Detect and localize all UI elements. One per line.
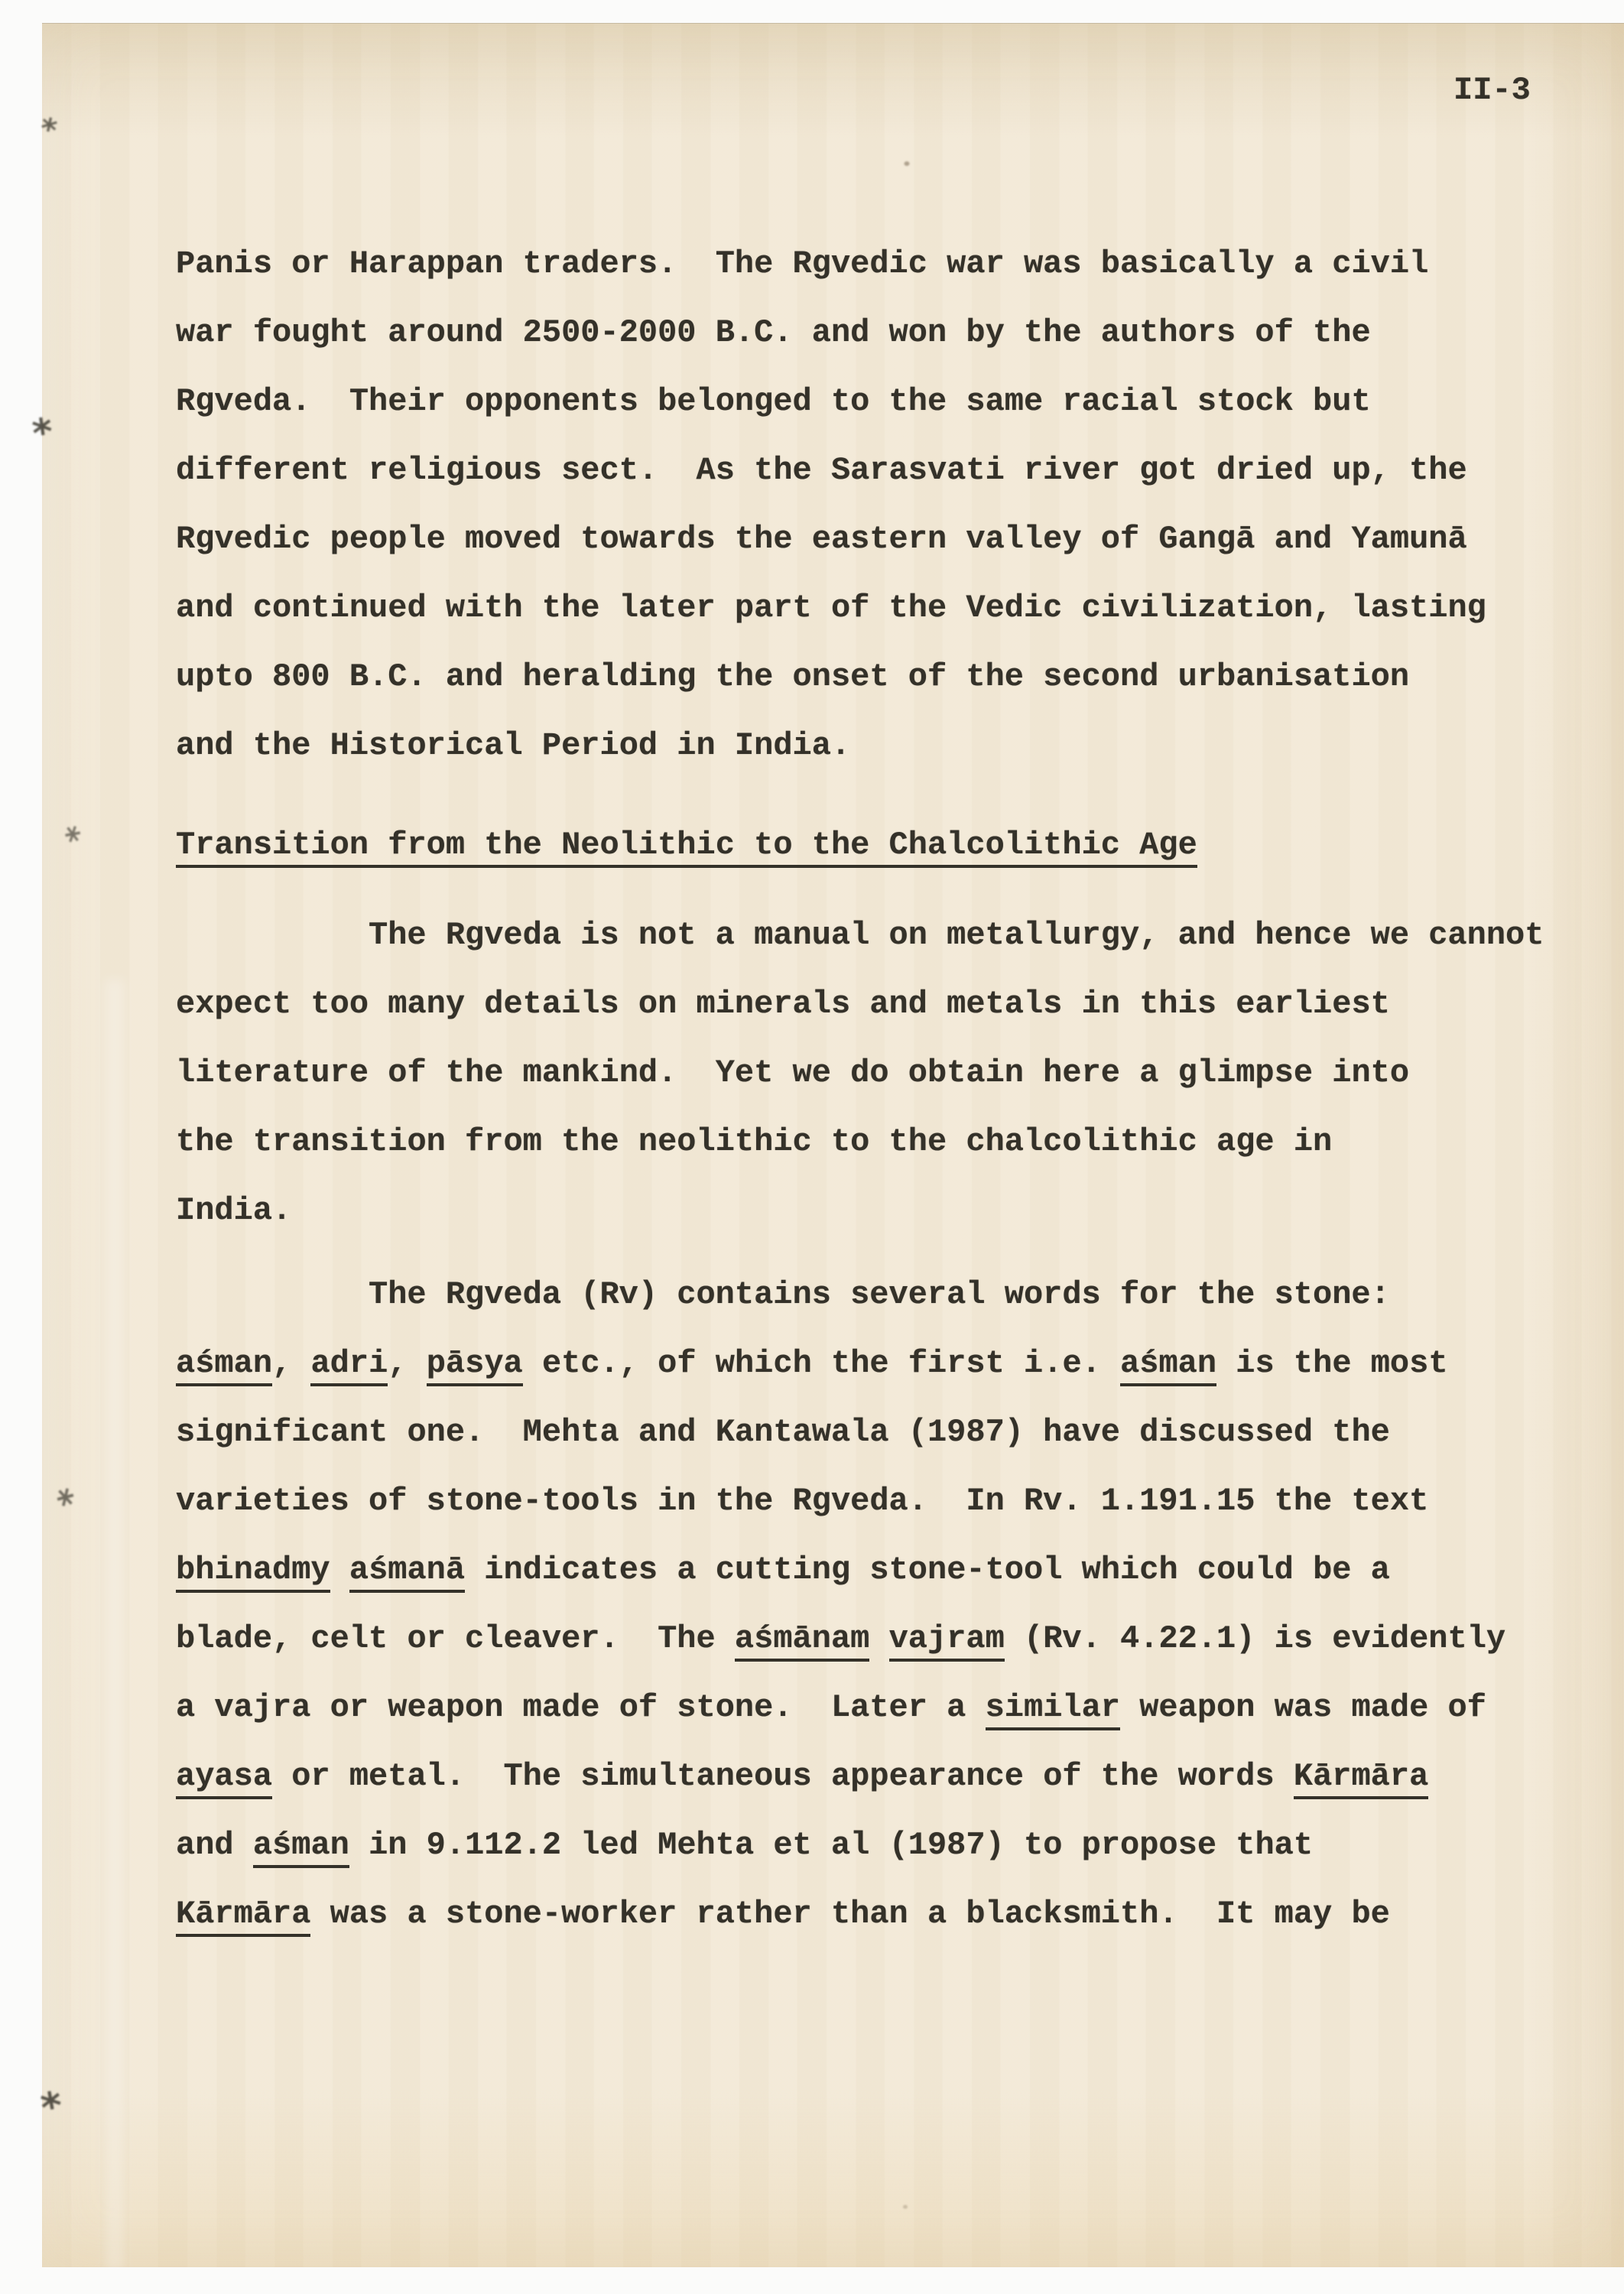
underlined-term: aśmanā xyxy=(349,1552,465,1593)
paragraph-stone-words: The Rgveda (Rv) contains several words f… xyxy=(176,1260,1505,1948)
ink-dot-mark xyxy=(905,161,910,166)
underlined-term: vajram xyxy=(889,1620,1005,1662)
text-line: Panis or Harappan traders. The Rgvedic w… xyxy=(176,229,1486,298)
text-segment: Rgveda. Their opponents belonged to the … xyxy=(176,383,1371,420)
underlined-term: ayasa xyxy=(176,1758,272,1799)
underlined-term: Kārmāra xyxy=(1294,1758,1428,1799)
text-line: literature of the mankind. Yet we do obt… xyxy=(176,1038,1544,1107)
text-line: ayasa or metal. The simultaneous appeara… xyxy=(176,1742,1505,1811)
text-segment: and xyxy=(176,1827,253,1863)
text-line: different religious sect. As the Sarasva… xyxy=(176,436,1486,505)
text-segment: etc., of which the first i.e. xyxy=(523,1345,1120,1382)
text-segment: India. xyxy=(176,1192,291,1229)
text-line: significant one. Mehta and Kantawala (19… xyxy=(176,1398,1505,1467)
text-segment: and the Historical Period in India. xyxy=(176,727,850,764)
text-segment: significant one. Mehta and Kantawala (19… xyxy=(176,1414,1390,1451)
section-heading-text: Transition from the Neolithic to the Cha… xyxy=(176,827,1197,868)
text-segment: The Rgveda (Rv) contains several words f… xyxy=(369,1276,1390,1313)
text-segment: The Rgveda is not a manual on metallurgy… xyxy=(369,917,1544,954)
text-line: Rgvedic people moved towards the eastern… xyxy=(176,505,1486,573)
text-segment: indicates a cutting stone-tool which cou… xyxy=(465,1552,1390,1588)
text-line: varieties of stone-tools in the Rgveda. … xyxy=(176,1467,1505,1535)
underlined-term: aśman xyxy=(1120,1345,1216,1386)
text-segment: and continued with the later part of the… xyxy=(176,590,1486,626)
text-segment: (Rv. 4.22.1) is evidently xyxy=(1005,1620,1505,1657)
underlined-term: bhinadmy xyxy=(176,1552,330,1593)
text-line: war fought around 2500-2000 B.C. and won… xyxy=(176,298,1486,367)
text-line: aśman, adri, pāsya etc., of which the fi… xyxy=(176,1329,1505,1398)
text-segment: in 9.112.2 led Mehta et al (1987) to pro… xyxy=(349,1827,1313,1863)
text-segment: , xyxy=(388,1345,426,1382)
text-segment: a vajra or weapon made of stone. Later a xyxy=(176,1689,986,1726)
underlined-term: adri xyxy=(310,1345,388,1386)
text-segment xyxy=(330,1552,349,1588)
text-segment: was a stone-worker rather than a blacksm… xyxy=(310,1896,1389,1932)
text-line: and the Historical Period in India. xyxy=(176,711,1486,780)
scan-streak xyxy=(105,980,125,2272)
text-segment: Panis or Harappan traders. The Rgvedic w… xyxy=(176,245,1428,282)
paragraph-rgveda-overview: The Rgveda is not a manual on metallurgy… xyxy=(176,901,1544,1245)
text-line: The Rgveda (Rv) contains several words f… xyxy=(176,1260,1505,1329)
underlined-term: similar xyxy=(986,1689,1120,1730)
paragraph-intro: Panis or Harappan traders. The Rgvedic w… xyxy=(176,229,1486,780)
text-segment: different religious sect. As the Sarasva… xyxy=(176,452,1467,489)
ink-dot-mark xyxy=(903,2205,908,2209)
text-segment: varieties of stone-tools in the Rgveda. … xyxy=(176,1483,1428,1519)
underlined-term: aśmānam xyxy=(735,1620,869,1662)
text-line: Kārmāra was a stone-worker rather than a… xyxy=(176,1880,1505,1948)
text-line: and continued with the later part of the… xyxy=(176,573,1486,642)
text-segment: war fought around 2500-2000 B.C. and won… xyxy=(176,314,1371,351)
text-segment: or metal. The simultaneous appearance of… xyxy=(272,1758,1294,1795)
text-segment: upto 800 B.C. and heralding the onset of… xyxy=(176,658,1409,695)
page-number: II-3 xyxy=(1453,56,1531,125)
text-line: The Rgveda is not a manual on metallurgy… xyxy=(176,901,1544,970)
text-line: bhinadmy aśmanā indicates a cutting ston… xyxy=(176,1535,1505,1604)
underlined-term: Kārmāra xyxy=(176,1896,310,1937)
text-segment xyxy=(869,1620,888,1657)
text-segment: weapon was made of xyxy=(1120,1689,1486,1726)
text-line: India. xyxy=(176,1176,1544,1245)
text-line: blade, celt or cleaver. The aśmānam vajr… xyxy=(176,1604,1505,1673)
text-line: expect too many details on minerals and … xyxy=(176,970,1544,1038)
underlined-term: pāsya xyxy=(427,1345,523,1386)
text-line: Rgveda. Their opponents belonged to the … xyxy=(176,367,1486,436)
text-segment: the transition from the neolithic to the… xyxy=(176,1123,1332,1160)
text-segment: literature of the mankind. Yet we do obt… xyxy=(176,1054,1409,1091)
text-segment: expect too many details on minerals and … xyxy=(176,986,1390,1022)
text-segment: , xyxy=(272,1345,310,1382)
section-heading: Transition from the Neolithic to the Cha… xyxy=(176,811,1197,879)
text-line: the transition from the neolithic to the… xyxy=(176,1107,1544,1176)
text-segment: Rgvedic people moved towards the eastern… xyxy=(176,521,1467,557)
text-segment: is the most xyxy=(1216,1345,1447,1382)
underlined-term: aśman xyxy=(253,1827,349,1868)
text-line: a vajra or weapon made of stone. Later a… xyxy=(176,1673,1505,1742)
text-line: and aśman in 9.112.2 led Mehta et al (19… xyxy=(176,1811,1505,1880)
text-segment: blade, celt or cleaver. The xyxy=(176,1620,735,1657)
underlined-term: aśman xyxy=(176,1345,272,1386)
text-line: upto 800 B.C. and heralding the onset of… xyxy=(176,642,1486,711)
